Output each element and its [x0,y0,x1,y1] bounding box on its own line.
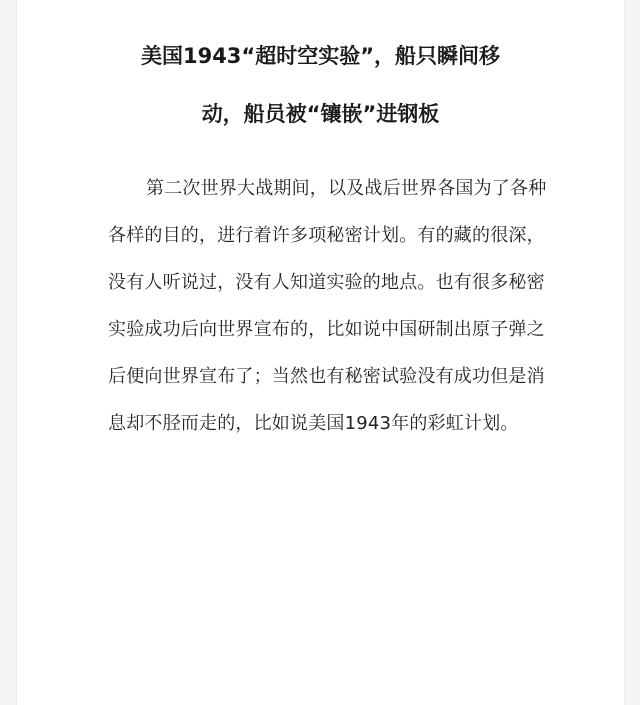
article-title-line-1: 美国1943“超时空实验”，船只瞬间移 [17,40,624,70]
article-title-line-2: 动，船员被“镶嵌”进钢板 [17,98,624,128]
article-paragraph: 第二次世界大战期间，以及战后世界各国为了各种各样的目的，进行着许多项秘密计划。有… [108,165,548,447]
article-panel: 美国1943“超时空实验”，船只瞬间移 动，船员被“镶嵌”进钢板 第二次世界大战… [16,0,625,705]
